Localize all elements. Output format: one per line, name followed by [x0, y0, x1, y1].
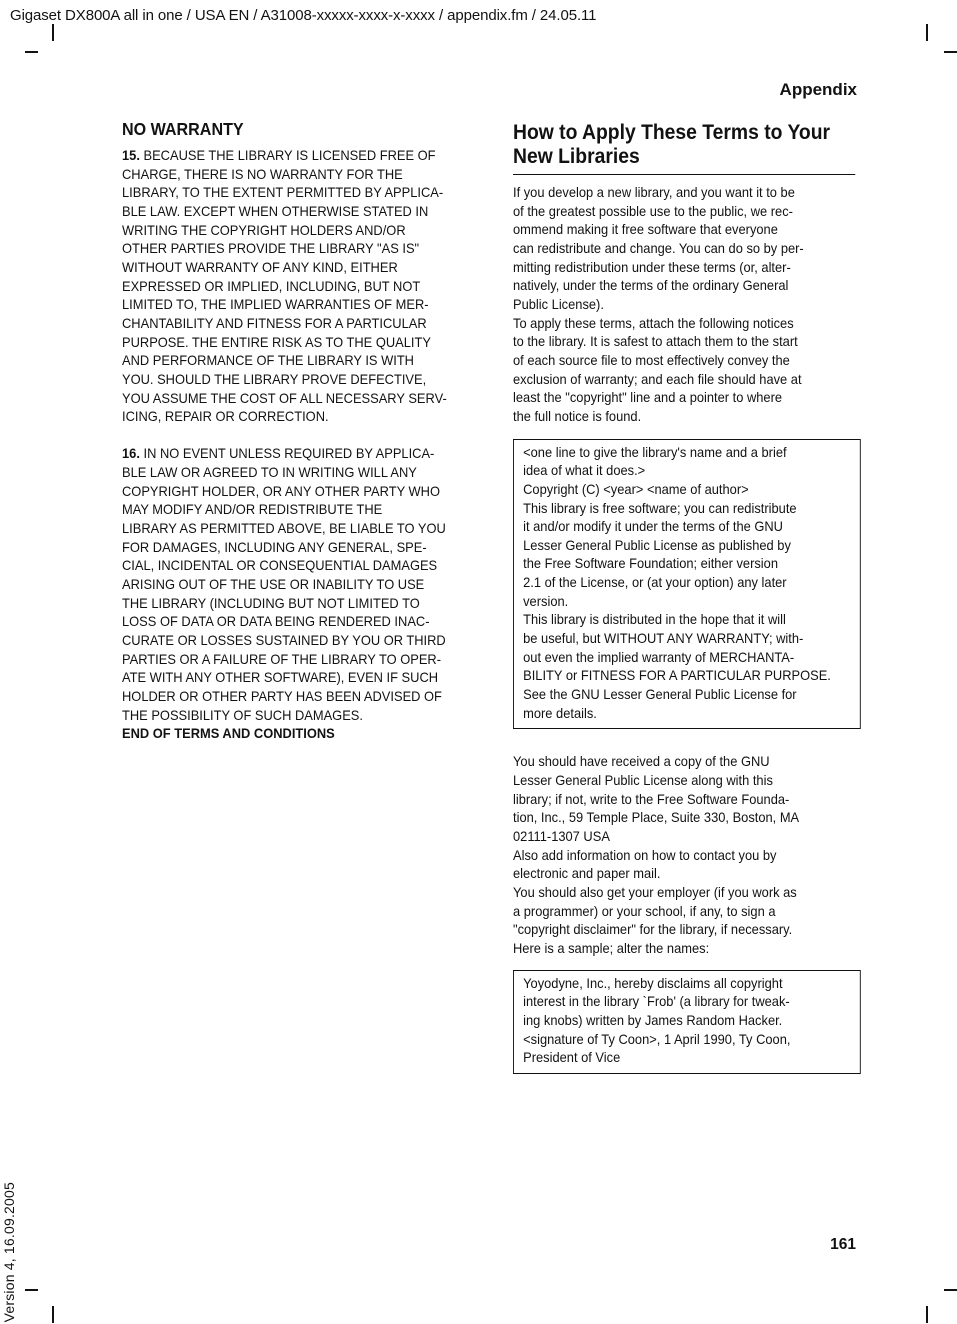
- crop-mark-bottom-right-horizontal: [944, 1289, 957, 1291]
- paragraph-develop-library: If you develop a new library, and you wa…: [513, 183, 861, 314]
- paragraph-15-number: 15.: [122, 147, 140, 163]
- license-notice-box: <one line to give the library's name and…: [513, 439, 861, 730]
- paragraph-received-copy: You should have received a copy of the G…: [513, 752, 861, 845]
- page-number: 161: [830, 1236, 856, 1254]
- crop-mark-bottom-left-horizontal: [25, 1289, 38, 1291]
- right-column: How to Apply These Terms to Your New Lib…: [513, 121, 861, 1074]
- crop-mark-top-right-vertical: [926, 24, 928, 41]
- crop-mark-top-right-horizontal: [944, 51, 957, 53]
- paragraph-contact-info: Also add information on how to contact y…: [513, 846, 861, 883]
- crop-mark-top-left-horizontal: [25, 51, 38, 53]
- document-header-line: Gigaset DX800A all in one / USA EN / A31…: [10, 6, 596, 25]
- crop-mark-top-left-vertical: [52, 24, 54, 41]
- how-to-apply-heading: How to Apply These Terms to Your New Lib…: [513, 121, 855, 175]
- crop-mark-bottom-right-vertical: [926, 1306, 928, 1323]
- paragraph-16-text: IN NO EVENT UNLESS REQUIRED BY APPLICA- …: [122, 445, 446, 722]
- paragraph-apply-terms: To apply these terms, attach the followi…: [513, 314, 861, 426]
- end-of-terms-line: END OF TERMS AND CONDITIONS: [122, 724, 447, 743]
- paragraph-15: 15. BECAUSE THE LIBRARY IS LICENSED FREE…: [122, 146, 447, 426]
- no-warranty-heading: NO WARRANTY: [122, 119, 447, 140]
- version-sidebar-text: Version 4, 16.09.2005: [1, 1182, 17, 1322]
- section-label-appendix: Appendix: [780, 80, 857, 100]
- manual-page: Gigaset DX800A all in one / USA EN / A31…: [0, 0, 957, 1324]
- paragraph-employer-disclaimer: You should also get your employer (if yo…: [513, 883, 861, 958]
- paragraph-16: 16. IN NO EVENT UNLESS REQUIRED BY APPLI…: [122, 444, 447, 724]
- disclaimer-sample-box: Yoyodyne, Inc., hereby disclaims all cop…: [513, 970, 861, 1074]
- paragraph-15-text: BECAUSE THE LIBRARY IS LICENSED FREE OF …: [122, 147, 447, 424]
- left-column: NO WARRANTY 15. BECAUSE THE LIBRARY IS L…: [122, 119, 447, 743]
- paragraph-16-number: 16.: [122, 445, 140, 461]
- crop-mark-bottom-left-vertical: [52, 1306, 54, 1323]
